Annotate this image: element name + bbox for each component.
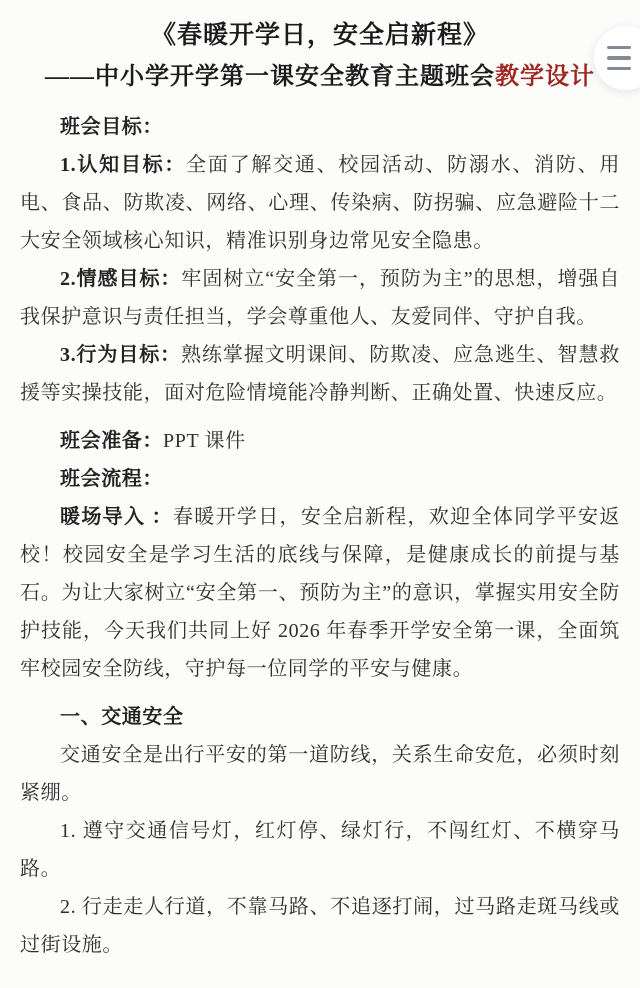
hamburger-menu-icon xyxy=(607,46,631,71)
class-goals-heading: 班会目标： xyxy=(20,108,620,146)
traffic-safety-heading: 一、交通安全 xyxy=(20,698,620,736)
document-title: 《春暖开学日，安全启新程》 xyxy=(20,18,620,54)
traffic-rule-1-para: 1. 遵守交通信号灯，红灯停、绿灯行，不闯红灯、不横穿马路。 xyxy=(20,812,620,888)
traffic-rule-2-para: 2. 行走走人行道，不靠马路、不追逐打闹，过马路走斑马线或过街设施。 xyxy=(20,888,620,964)
warmup-intro-para: 暖场导入 ：春暖开学日，安全启新程，欢迎全体同学平安返校！校园安全是学习生活的底… xyxy=(20,498,620,688)
document-body: 班会目标： 1.认知目标：全面了解交通、校园活动、防溺水、消防、用电、食品、防欺… xyxy=(20,108,620,964)
process-heading-para: 班会流程： xyxy=(20,460,620,498)
behavior-goal-para: 3.行为目标：熟练掌握文明课间、防欺凌、应急逃生、智慧救援等实操技能，面对危险情… xyxy=(20,336,620,412)
preparation-para: 班会准备：PPT 课件 xyxy=(20,422,620,460)
emotional-goal-para: 2.情感目标：牢固树立“安全第一，预防为主”的思想，增强自我保护意识与责任担当，… xyxy=(20,260,620,336)
subtitle-highlight-text: 教学设计 xyxy=(495,64,595,90)
cognitive-goal-para: 1.认知目标：全面了解交通、校园活动、防溺水、消防、用电、食品、防欺凌、网络、心… xyxy=(20,146,620,260)
subtitle-text: ——中小学开学第一课安全教育主题班会 xyxy=(45,64,495,90)
document-subtitle: ——中小学开学第一课安全教育主题班会教学设计 xyxy=(20,58,620,96)
document-page: 《春暖开学日，安全启新程》 ——中小学开学第一课安全教育主题班会教学设计 班会目… xyxy=(0,0,640,964)
traffic-safety-intro-para: 交通安全是出行平安的第一道防线，关系生命安危，必须时刻紧绷。 xyxy=(20,736,620,812)
